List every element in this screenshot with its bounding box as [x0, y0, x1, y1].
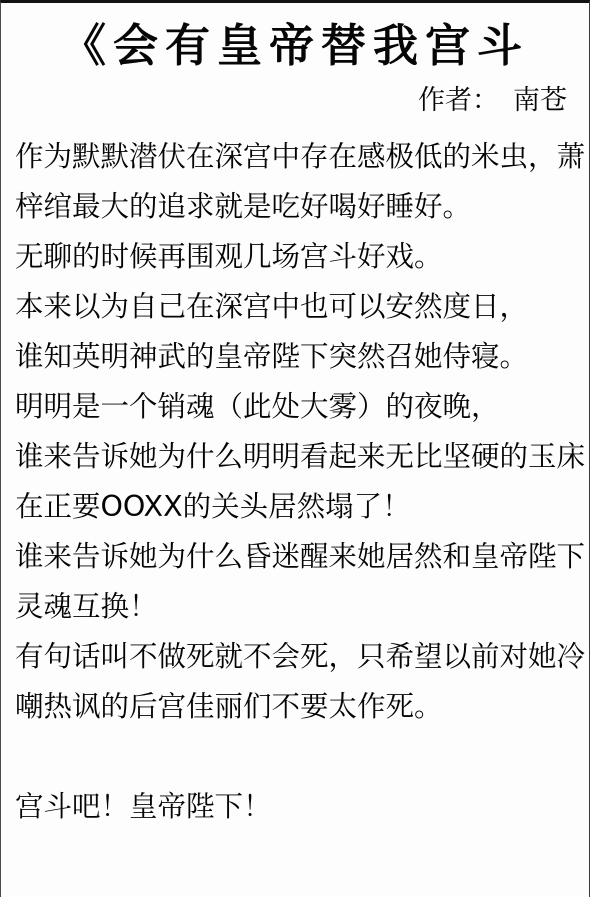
synopsis-text: 作为默默潜伏在深宫中存在感极低的米虫，萧 梓绾最大的追求就是吃好喝好睡好。 无聊…	[1, 132, 589, 832]
author-label: 作者：	[418, 85, 499, 116]
synopsis-line: 作为默默潜伏在深宫中存在感极低的米虫，萧	[15, 132, 589, 182]
synopsis-line: 嘲热讽的后宫佳丽们不要太作死。	[15, 682, 589, 732]
synopsis-line: 谁知英明神武的皇帝陛下突然召她侍寝。	[15, 332, 589, 382]
novel-summary-page: 《会有皇帝替我宫斗 作者：南苍 作为默默潜伏在深宫中存在感极低的米虫，萧 梓绾最…	[0, 0, 590, 897]
closing-line: 宫斗吧！皇帝陛下！	[15, 782, 589, 832]
author-name: 南苍	[513, 85, 567, 116]
synopsis-line: 谁来告诉她为什么明明看起来无比坚硬的玉床	[15, 432, 589, 482]
synopsis-line: 本来以为自己在深宫中也可以安然度日，	[15, 282, 589, 332]
synopsis-line: 有句话叫不做死就不会死，只希望以前对她冷	[15, 632, 589, 682]
author-line: 作者：南苍	[1, 85, 589, 117]
synopsis-line: 明明是一个销魂（此处大雾）的夜晚，	[15, 382, 589, 432]
novel-title: 《会有皇帝替我宫斗	[1, 17, 589, 75]
synopsis-line: 谁来告诉她为什么昏迷醒来她居然和皇帝陛下	[15, 532, 589, 582]
synopsis-line: 无聊的时候再围观几场宫斗好戏。	[15, 232, 589, 282]
synopsis-line: 灵魂互换！	[15, 582, 589, 632]
synopsis-line: 在正要OOXX的关头居然塌了！	[15, 482, 589, 532]
synopsis-blank-line	[15, 732, 589, 782]
synopsis-line: 梓绾最大的追求就是吃好喝好睡好。	[15, 182, 589, 232]
